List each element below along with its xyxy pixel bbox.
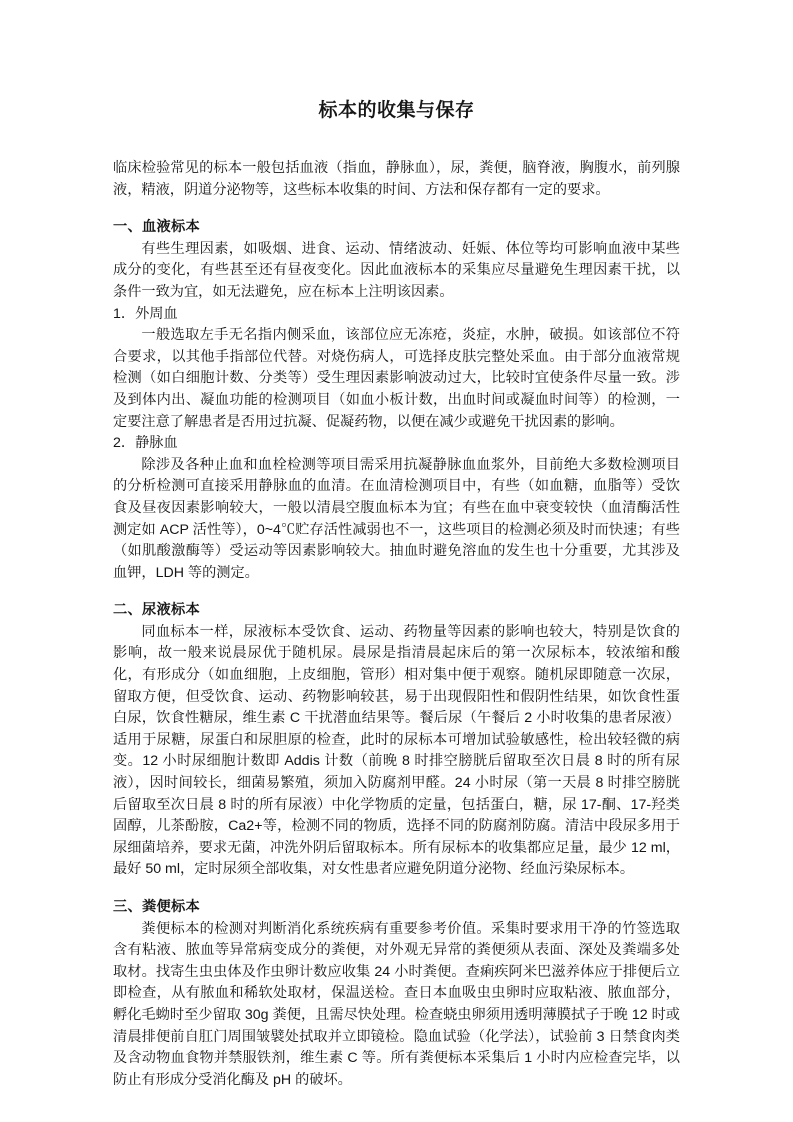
page-title: 标本的收集与保存 <box>113 96 680 125</box>
paragraph: 除涉及各种止血和血栓检测等项目需采用抗凝静脉血血浆外，目前绝大多数检测项目的分析… <box>113 455 680 585</box>
paragraph: 粪便标本的检测对判断消化系统疾病有重要参考价值。采集时要求用干净的竹签选取含有粘… <box>113 919 680 1092</box>
intro-paragraph: 临床检验常见的标本一般包括血液（指血，静脉血），尿，粪便，脑脊液，胸腹水，前列腺… <box>113 158 680 201</box>
paragraph: 一般选取左手无名指内侧采血，该部位应无冻疮，炎症，水肿，破损。如该部位不符合要求… <box>113 325 680 433</box>
section-heading-blood: 一、血液标本 <box>113 217 680 239</box>
section-heading-stool: 三、粪便标本 <box>113 897 680 919</box>
section-heading-urine: 二、尿液标本 <box>113 600 680 622</box>
subheading-venous-blood: 2．静脉血 <box>113 433 680 455</box>
paragraph: 同血标本一样，尿液标本受饮食、运动、药物量等因素的影响也较大，特别是饮食的影响，… <box>113 622 680 881</box>
subheading-peripheral-blood: 1．外周血 <box>113 304 680 326</box>
document-content: 标本的收集与保存 临床检验常见的标本一般包括血液（指血，静脉血），尿，粪便，脑脊… <box>0 0 793 1091</box>
paragraph: 有些生理因素，如吸烟、进食、运动、情绪波动、妊娠、体位等均可影响血液中某些成分的… <box>113 239 680 304</box>
document-page: 标本的收集与保存 临床检验常见的标本一般包括血液（指血，静脉血），尿，粪便，脑脊… <box>0 0 793 1122</box>
